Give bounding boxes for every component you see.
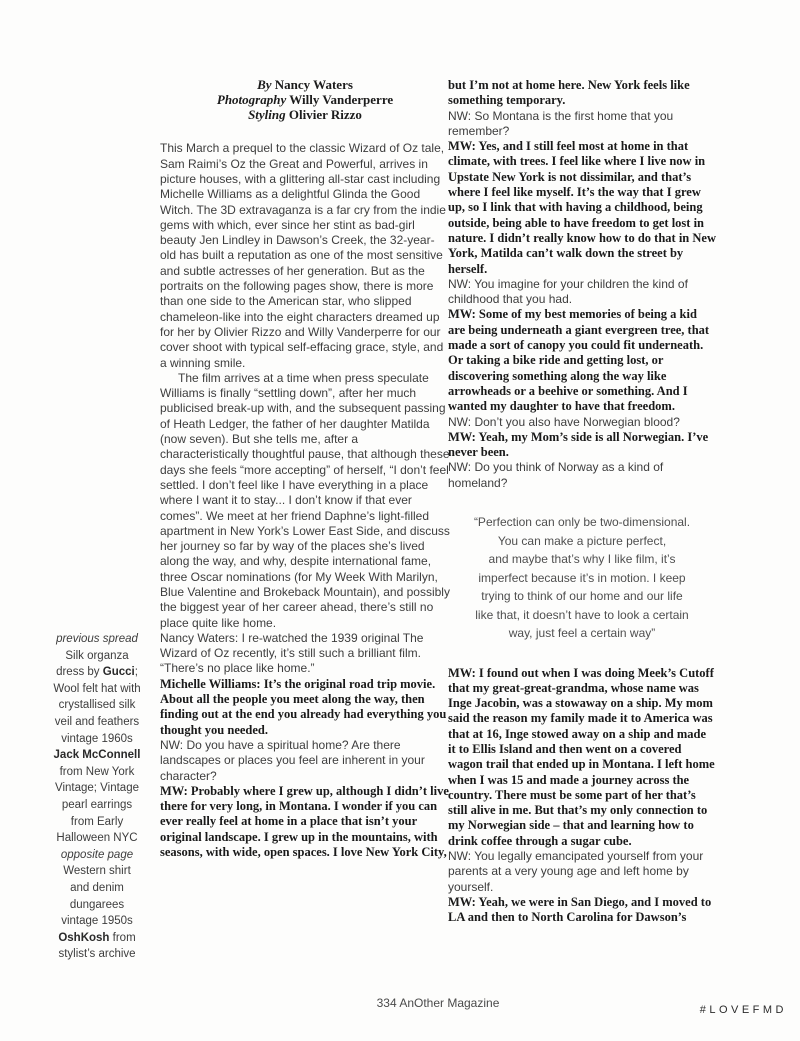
credit-line: veil and feathers <box>34 714 160 731</box>
credits-column: previous spread Silk organza dress by Gu… <box>34 631 160 963</box>
interview-question: NW: Do you have a spiritual home? Are th… <box>160 738 450 784</box>
interview-question: NW: So Montana is the first home that yo… <box>448 109 716 140</box>
pull-quote-line: trying to think of our home and our life <box>448 587 716 606</box>
credit-line: pearl earrings <box>34 797 160 814</box>
page-number: 334 AnOther Magazine <box>160 996 716 1010</box>
interview-question: NW: Don’t you also have Norwegian blood? <box>448 415 716 430</box>
interview-question: NW: Do you think of Norway as a kind of … <box>448 460 716 491</box>
credit-brand: Jack McConnell <box>34 747 160 764</box>
interview-answer: MW: Yeah, we were in San Diego, and I mo… <box>448 895 716 926</box>
credit-text: ; <box>135 666 138 678</box>
credit-line: dungarees <box>34 897 160 914</box>
credit-line: vintage 1950s <box>34 913 160 930</box>
credit-line: Halloween NYC <box>34 830 160 847</box>
interview-answer: MW: Some of my best memories of being a … <box>448 307 716 414</box>
interview-question: Nancy Waters: I re-watched the 1939 orig… <box>160 631 450 677</box>
credit-brand: Gucci <box>103 666 135 678</box>
interview-question: NW: You legally emancipated yourself fro… <box>448 849 716 895</box>
byline-by-label: By <box>257 77 271 92</box>
interview-answer: MW: Yeah, my Mom’s side is all Norwegian… <box>448 430 716 461</box>
credit-line: stylist’s archive <box>34 946 160 963</box>
interview-answer: Michelle Williams: It’s the original roa… <box>160 677 450 738</box>
credit-line: OshKosh from <box>34 930 160 947</box>
pull-quote-line: You can make a picture perfect, <box>448 532 716 551</box>
credit-line: and denim <box>34 880 160 897</box>
credit-line: Silk organza <box>34 648 160 665</box>
interview-question: NW: You imagine for your children the ki… <box>448 277 716 308</box>
credit-line: from New York <box>34 764 160 781</box>
right-column: but I’m not at home here. New York feels… <box>448 78 716 926</box>
credit-line-previous-spread: previous spread <box>34 631 160 648</box>
interview-answer: but I’m not at home here. New York feels… <box>448 78 716 109</box>
hashtag-watermark: #LOVEFMD <box>700 1004 787 1016</box>
pull-quote-line: and maybe that’s why I like film, it’s <box>448 550 716 569</box>
byline-photography: Photography Willy Vanderperre <box>160 93 450 108</box>
interview-answer: MW: Yes, and I still feel most at home i… <box>448 139 716 277</box>
credit-line-opposite-page: opposite page <box>34 847 160 864</box>
magazine-page: previous spread Silk organza dress by Gu… <box>0 0 800 1041</box>
byline-photographer-name: Willy Vanderperre <box>289 92 393 107</box>
credit-line: crystallised silk <box>34 697 160 714</box>
pull-quote-line: like that, it doesn’t have to look a cer… <box>448 606 716 625</box>
pull-quote-line: imperfect because it’s in motion. I keep <box>448 569 716 588</box>
credit-line: Wool felt hat with <box>34 681 160 698</box>
credit-brand: OshKosh <box>58 932 109 944</box>
credit-text: dress by <box>56 666 103 678</box>
byline-author: By Nancy Waters <box>160 78 450 93</box>
pull-quote: “Perfection can only be two-dimensional.… <box>448 513 716 643</box>
byline-photography-label: Photography <box>217 92 286 107</box>
pull-quote-line: way, just feel a certain way” <box>448 624 716 643</box>
byline-styling: Styling Olivier Rizzo <box>160 108 450 123</box>
interview-answer: MW: Probably where I grew up, although I… <box>160 784 450 860</box>
credit-line: Vintage; Vintage <box>34 780 160 797</box>
credit-line: vintage 1960s <box>34 731 160 748</box>
byline-stylist-name: Olivier Rizzo <box>289 107 362 122</box>
byline-styling-label: Styling <box>248 107 286 122</box>
credit-line: Western shirt <box>34 863 160 880</box>
byline: By Nancy Waters Photography Willy Vander… <box>160 78 450 122</box>
intro-paragraph: The film arrives at a time when press sp… <box>160 371 450 631</box>
credit-line: dress by Gucci; <box>34 664 160 681</box>
credit-text: from <box>109 932 135 944</box>
credit-line: from Early <box>34 814 160 831</box>
left-column: By Nancy Waters Photography Willy Vander… <box>160 78 450 860</box>
pull-quote-line: “Perfection can only be two-dimensional. <box>448 513 716 532</box>
byline-author-name: Nancy Waters <box>275 77 353 92</box>
interview-answer: MW: I found out when I was doing Meek’s … <box>448 666 716 850</box>
intro-paragraph: This March a prequel to the classic Wiza… <box>160 141 450 370</box>
